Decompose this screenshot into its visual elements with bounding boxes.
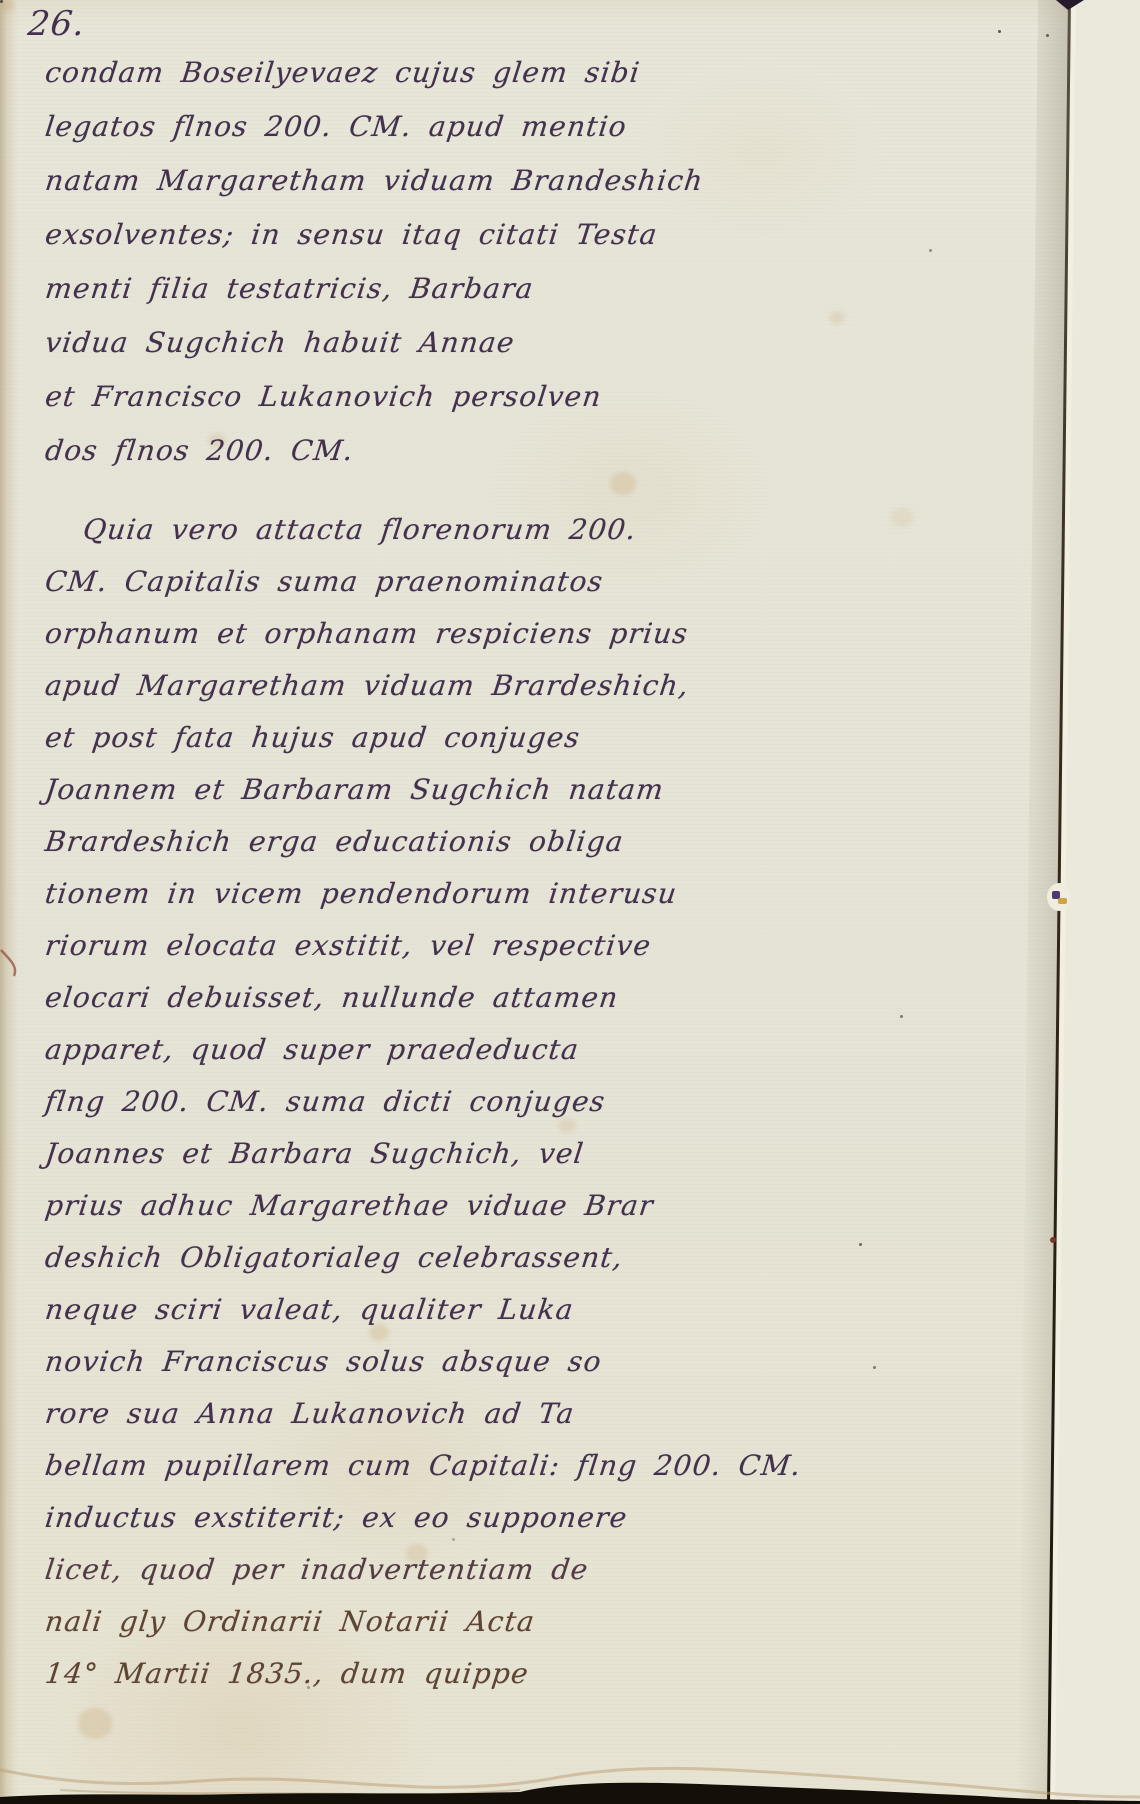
manuscript-line: legatos flnos 200. CM. apud mentio [42, 100, 707, 154]
manuscript-line: Brardeshich erga educationis obliga [42, 816, 805, 868]
manuscript-line: bellam pupillarem cum Capitali: flng 200… [42, 1440, 805, 1492]
paragraph-2: Quia vero attacta florenorum 200.CM. Cap… [42, 504, 798, 1700]
manuscript-line: dos flnos 200. CM. [42, 424, 707, 478]
manuscript-line: flng 200. CM. suma dicti conjuges [42, 1076, 805, 1128]
manuscript-scan: 26. condam Boseilyevaez cujus glem sibil… [0, 0, 1140, 1804]
manuscript-line: elocari debuisset, nullunde attamen [42, 972, 805, 1024]
manuscript-line: neque sciri valeat, qualiter Luka [42, 1284, 805, 1336]
page-number: 26. [26, 4, 87, 44]
paragraph-1: condam Boseilyevaez cujus glem sibilegat… [42, 46, 700, 478]
manuscript-line: riorum elocata exstitit, vel respective [42, 920, 805, 972]
manuscript-line: condam Boseilyevaez cujus glem sibi [42, 46, 707, 100]
manuscript-line: licet, quod per inadvertentiam de [42, 1544, 805, 1596]
manuscript-line: orphanum et orphanam respiciens prius [42, 608, 805, 660]
manuscript-line: prius adhuc Margarethae viduae Brar [42, 1180, 805, 1232]
manuscript-line: apparet, quod super praededucta [42, 1024, 805, 1076]
manuscript-line: apud Margaretham viduam Brardeshich, [42, 660, 805, 712]
manuscript-line: novich Franciscus solus absque so [42, 1336, 805, 1388]
manuscript-line: 14° Martii 1835., dum quippe [42, 1648, 805, 1700]
manuscript-text: 26. condam Boseilyevaez cujus glem sibil… [0, 0, 1140, 1804]
manuscript-line: rore sua Anna Lukanovich ad Ta [42, 1388, 805, 1440]
manuscript-line: CM. Capitalis suma praenominatos [42, 556, 805, 608]
manuscript-line: Joannem et Barbaram Sugchich natam [42, 764, 805, 816]
manuscript-line: et post fata hujus apud conjuges [42, 712, 805, 764]
manuscript-line: Quia vero attacta florenorum 200. [42, 504, 805, 556]
manuscript-line: menti filia testatricis, Barbara [42, 262, 707, 316]
manuscript-line: nali gly Ordinarii Notarii Acta [42, 1596, 805, 1648]
manuscript-line: deshich Obligatorialeg celebrassent, [42, 1232, 805, 1284]
manuscript-line: vidua Sugchich habuit Annae [42, 316, 707, 370]
manuscript-line: inductus exstiterit; ex eo supponere [42, 1492, 805, 1544]
manuscript-line: natam Margaretham viduam Brandeshich [42, 154, 707, 208]
manuscript-line: tionem in vicem pendendorum interusu [42, 868, 805, 920]
manuscript-line: exsolventes; in sensu itaq citati Testa [42, 208, 707, 262]
manuscript-line: et Francisco Lukanovich persolven [42, 370, 707, 424]
manuscript-line: Joannes et Barbara Sugchich, vel [42, 1128, 805, 1180]
